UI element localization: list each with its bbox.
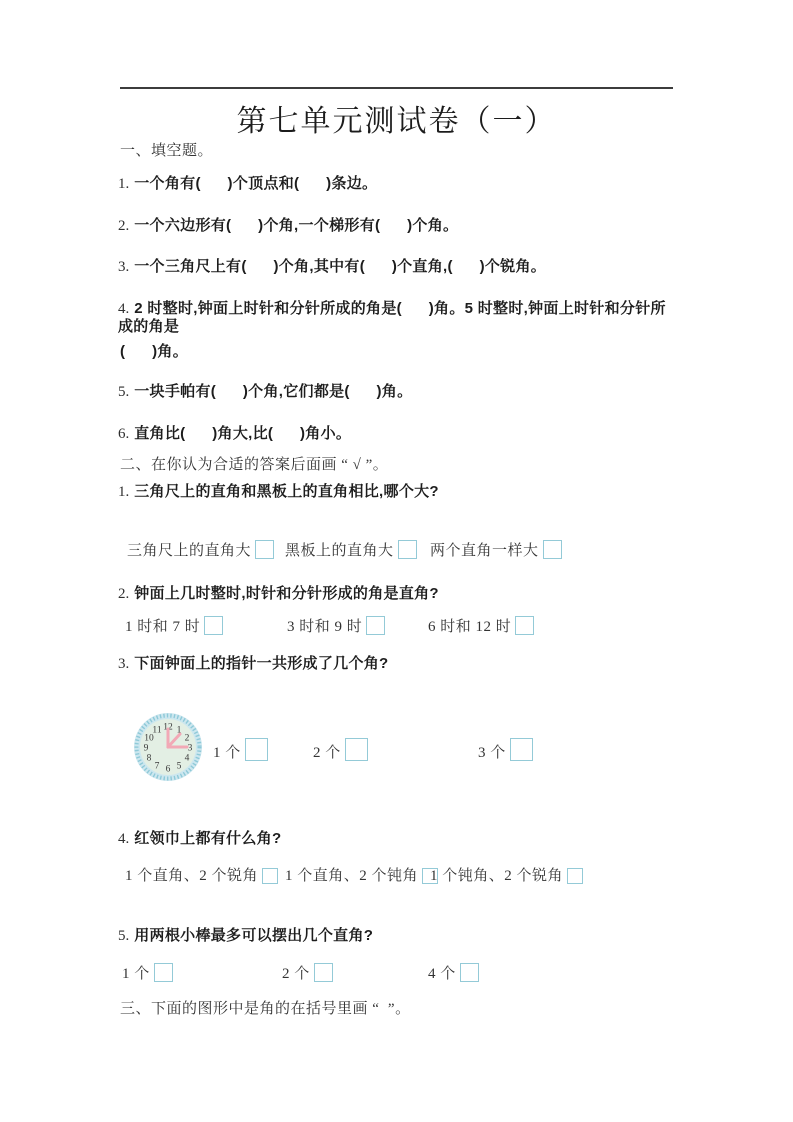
- option-s2q4-b: 1 个直角、2 个钝角: [285, 864, 438, 885]
- option-label: 1 时和 7 时: [125, 619, 200, 635]
- question-text: 一个角有( )个顶点和( )条边。: [134, 175, 377, 192]
- question-s1-1: 1.一个角有( )个顶点和( )条边。: [118, 175, 377, 193]
- option-label: 1 个直角、2 个钝角: [285, 868, 418, 884]
- question-number: 4.: [118, 831, 129, 847]
- checkbox[interactable]: [515, 616, 534, 635]
- checkbox[interactable]: [366, 616, 385, 635]
- question-number: 2.: [118, 586, 129, 602]
- checkbox[interactable]: [314, 963, 333, 982]
- question-number: 3.: [118, 656, 129, 672]
- question-s1-4-continued: ( )角。: [120, 343, 188, 361]
- clock-figure: 12 1 2 3 4 5 6 7 8 9 10 11: [133, 712, 203, 782]
- option-s2q1-c: 两个直角一样大: [430, 539, 562, 560]
- clock-number-2: 2: [185, 734, 190, 744]
- clock-number-8: 8: [147, 754, 152, 764]
- question-s1-2: 2.一个六边形有( )个角,一个梯形有( )个角。: [118, 217, 458, 235]
- question-s1-5: 5.一块手帕有( )个角,它们都是( )角。: [118, 383, 412, 401]
- question-s2-3: 3.下面钟面上的指针一共形成了几个角?: [118, 655, 389, 673]
- question-number: 6.: [118, 426, 129, 442]
- checkbox[interactable]: [460, 963, 479, 982]
- checkbox[interactable]: [255, 540, 274, 559]
- option-s2q3-c: 3 个: [478, 738, 533, 762]
- question-text: 直角比( )角大,比( )角小。: [134, 425, 351, 442]
- clock-number-3: 3: [188, 744, 193, 754]
- question-s2-1: 1.三角尺上的直角和黑板上的直角相比,哪个大?: [118, 483, 439, 501]
- option-label: 1 个钝角、2 个锐角: [430, 868, 563, 884]
- option-s2q3-b: 2 个: [313, 738, 368, 762]
- question-number: 4.: [118, 301, 129, 317]
- question-text: 2 时整时,钟面上时针和分针所成的角是( )角。5 时整时,钟面上时针和分针所成…: [118, 300, 666, 335]
- question-number: 5.: [118, 928, 129, 944]
- clock-number-4: 4: [185, 754, 190, 764]
- clock-number-9: 9: [144, 744, 149, 754]
- checkbox[interactable]: [567, 868, 583, 884]
- question-s1-4: 4.2 时整时,钟面上时针和分针所成的角是( )角。5 时整时,钟面上时针和分针…: [118, 300, 678, 336]
- option-label: 1 个: [122, 966, 150, 982]
- checkbox[interactable]: [262, 868, 278, 884]
- question-text: 三角尺上的直角和黑板上的直角相比,哪个大?: [134, 483, 439, 500]
- option-s2q1-a: 三角尺上的直角大: [127, 539, 274, 560]
- option-s2q4-a: 1 个直角、2 个锐角: [125, 864, 278, 885]
- clock-number-7: 7: [155, 762, 160, 772]
- checkbox[interactable]: [345, 738, 368, 761]
- section3-heading: 三、下面的图形中是角的在括号里画 “ ”。: [120, 1000, 411, 1018]
- option-label: 4 个: [428, 966, 456, 982]
- option-label: 1 个: [213, 745, 241, 761]
- question-number: 3.: [118, 259, 129, 275]
- option-label: 1 个直角、2 个锐角: [125, 868, 258, 884]
- option-s2q1-b: 黑板上的直角大: [285, 539, 417, 560]
- question-number: 1.: [118, 484, 129, 500]
- checkbox[interactable]: [543, 540, 562, 559]
- top-rule-divider: [120, 87, 673, 89]
- option-label: 6 时和 12 时: [428, 619, 511, 635]
- question-s1-3: 3.一个三角尺上有( )个角,其中有( )个直角,( )个锐角。: [118, 258, 546, 276]
- question-text: ( )角。: [120, 343, 188, 360]
- question-number: 2.: [118, 218, 129, 234]
- option-label: 2 个: [313, 745, 341, 761]
- question-s1-6: 6.直角比( )角大,比( )角小。: [118, 425, 351, 443]
- option-label: 3 个: [478, 745, 506, 761]
- option-label: 3 时和 9 时: [287, 619, 362, 635]
- checkbox[interactable]: [245, 738, 268, 761]
- question-text: 钟面上几时整时,时针和分针形成的角是直角?: [134, 585, 439, 602]
- option-label: 三角尺上的直角大: [127, 543, 251, 559]
- question-s2-2: 2.钟面上几时整时,时针和分针形成的角是直角?: [118, 585, 439, 603]
- option-s2q5-b: 2 个: [282, 962, 333, 983]
- question-number: 1.: [118, 176, 129, 192]
- section1-heading: 一、填空题。: [120, 142, 213, 160]
- option-label: 黑板上的直角大: [285, 543, 394, 559]
- option-s2q3-a: 1 个: [213, 738, 268, 762]
- question-text: 红领巾上都有什么角?: [134, 830, 281, 847]
- question-text: 一块手帕有( )个角,它们都是( )角。: [134, 383, 412, 400]
- question-s2-4: 4.红领巾上都有什么角?: [118, 830, 281, 848]
- question-text: 一个三角尺上有( )个角,其中有( )个直角,( )个锐角。: [134, 258, 546, 275]
- section2-heading: 二、在你认为合适的答案后面画 “ √ ”。: [120, 456, 388, 474]
- option-s2q5-c: 4 个: [428, 962, 479, 983]
- option-s2q5-a: 1 个: [122, 962, 173, 983]
- question-text: 用两根小棒最多可以摆出几个直角?: [134, 927, 373, 944]
- worksheet-page: 第七单元测试卷（一） 一、填空题。 1.一个角有( )个顶点和( )条边。 2.…: [0, 0, 793, 1122]
- page-title: 第七单元测试卷（一）: [120, 96, 673, 140]
- option-label: 2 个: [282, 966, 310, 982]
- checkbox[interactable]: [398, 540, 417, 559]
- option-label: 两个直角一样大: [430, 543, 539, 559]
- checkbox[interactable]: [510, 738, 533, 761]
- question-s2-5: 5.用两根小棒最多可以摆出几个直角?: [118, 927, 373, 945]
- option-s2q2-b: 3 时和 9 时: [287, 615, 385, 636]
- clock-number-6: 6: [166, 765, 171, 775]
- clock-number-11: 11: [152, 726, 161, 736]
- question-text: 一个六边形有( )个角,一个梯形有( )个角。: [134, 217, 458, 234]
- question-number: 5.: [118, 384, 129, 400]
- clock-number-5: 5: [177, 762, 182, 772]
- checkbox[interactable]: [154, 963, 173, 982]
- option-s2q2-c: 6 时和 12 时: [428, 615, 534, 636]
- checkbox[interactable]: [204, 616, 223, 635]
- question-text: 下面钟面上的指针一共形成了几个角?: [134, 655, 388, 672]
- option-s2q2-a: 1 时和 7 时: [125, 615, 223, 636]
- option-s2q4-c: 1 个钝角、2 个锐角: [430, 864, 583, 885]
